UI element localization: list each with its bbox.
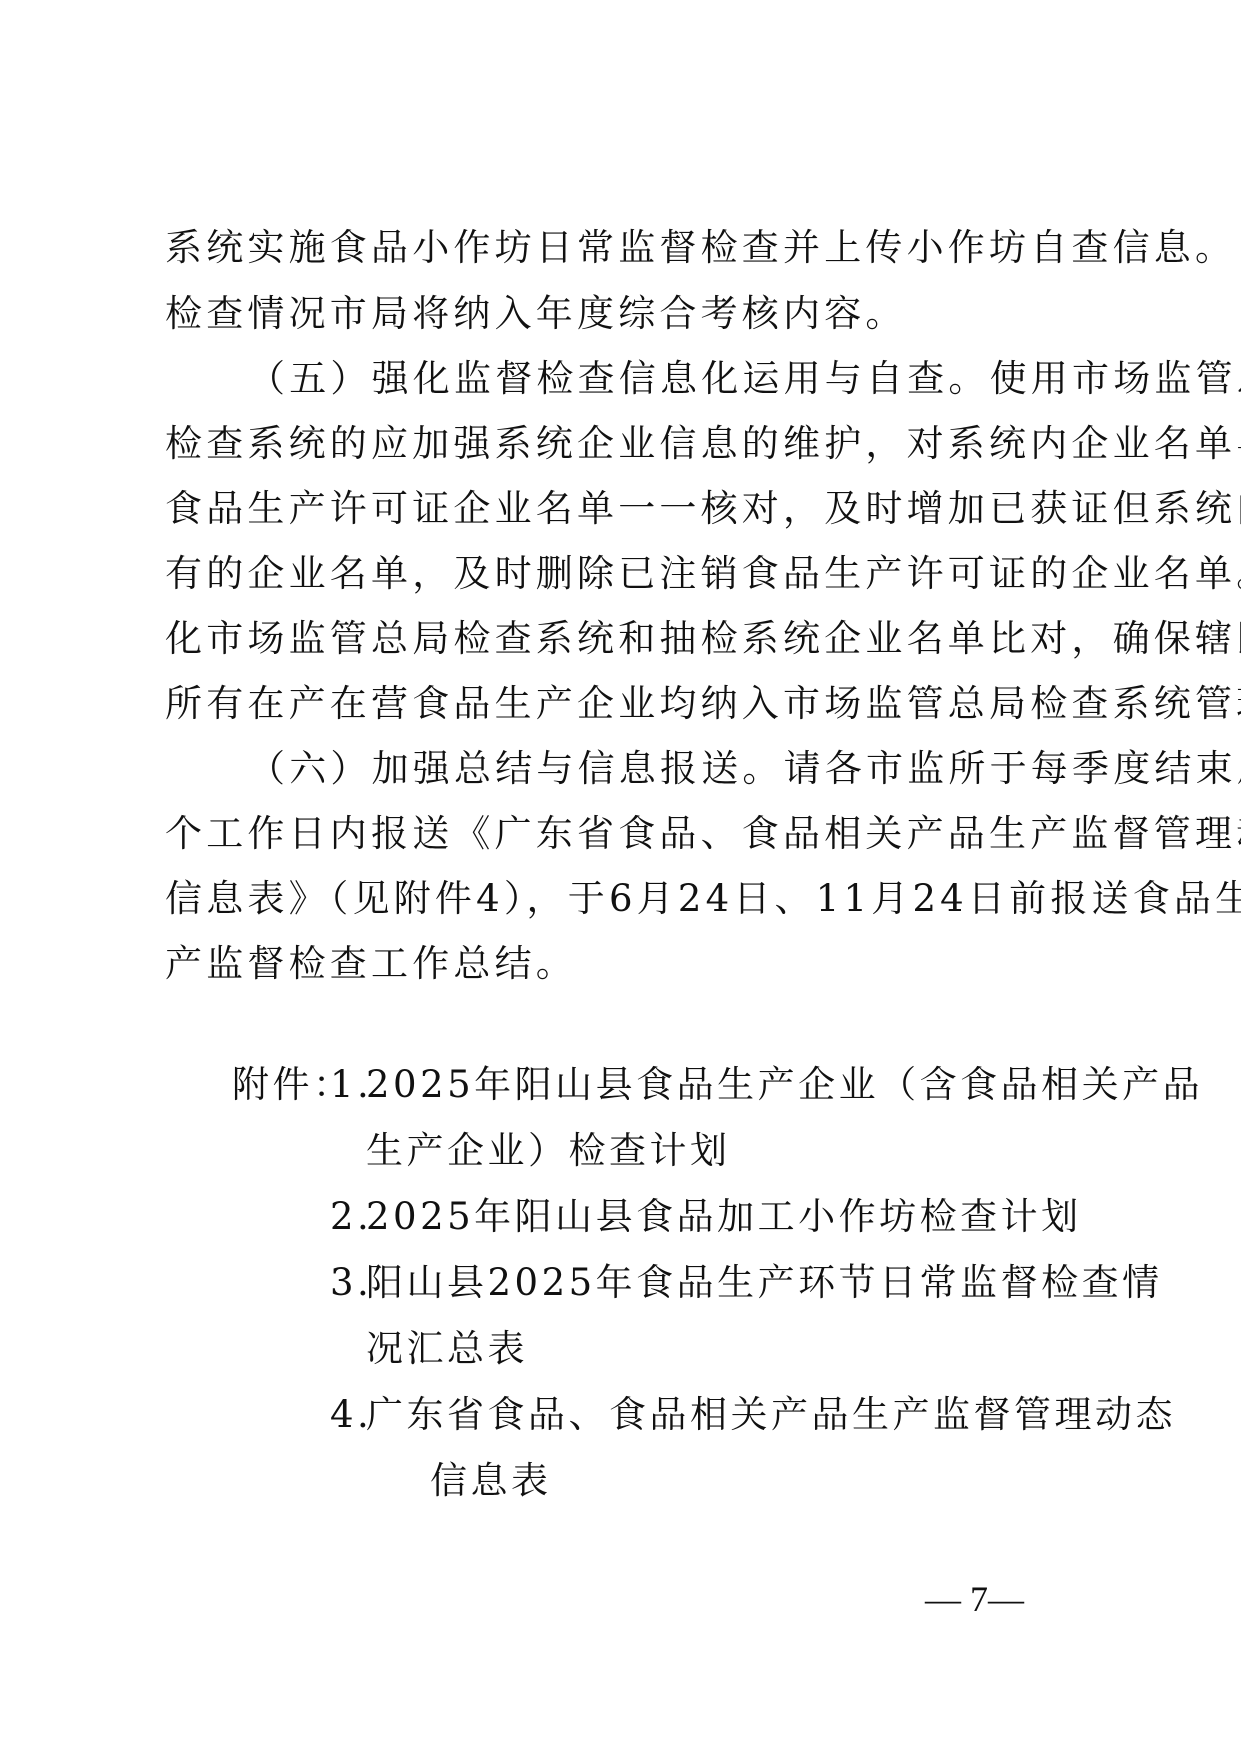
body-line: 信息表》（见附件4），于6月24日、11月24日前报送食品生: [165, 866, 1090, 932]
body-line: 所有在产在营食品生产企业均纳入市场监管总局检查系统管理。: [165, 671, 1090, 737]
attachment-3-title-cont: 况汇总表: [366, 1316, 528, 1382]
attachment-1-title: 2025年阳山县食品生产企业（含食品相关产品: [366, 1052, 1203, 1118]
body-line: 产监督检查工作总结。: [165, 931, 1090, 997]
body-line: 检查系统的应加强系统企业信息的维护，对系统内企业名单与获: [165, 411, 1090, 477]
page-number: — 7—: [925, 1575, 1024, 1623]
body-line: 个工作日内报送《广东省食品、食品相关产品生产监督管理动态: [165, 801, 1090, 867]
paragraph-5-heading-line: （五）强化监督检查信息化运用与自查。使用市场监管总局: [248, 346, 1090, 412]
body-line: 检查情况市局将纳入年度综合考核内容。: [165, 281, 1090, 347]
attachment-4-title: 广东省食品、食品相关产品生产监督管理动态: [366, 1382, 1176, 1448]
attachment-1-title-cont: 生产企业）检查计划: [366, 1118, 731, 1184]
body-line: 系统实施食品小作坊日常监督检查并上传小作坊自查信息。日常: [165, 215, 1090, 281]
body-line: 食品生产许可证企业名单一一核对，及时增加已获证但系统内没: [165, 476, 1090, 542]
attachment-2-title: 2025年阳山县食品加工小作坊检查计划: [366, 1184, 1082, 1250]
attachment-3-title: 阳山县2025年食品生产环节日常监督检查情: [366, 1250, 1163, 1316]
body-line: 化市场监管总局检查系统和抽检系统企业名单比对，确保辖区内: [165, 606, 1090, 672]
paragraph-6-heading-line: （六）加强总结与信息报送。请各市监所于每季度结束后3: [248, 736, 1090, 802]
body-line: 有的企业名单，及时删除已注销食品生产许可证的企业名单。强: [165, 541, 1090, 607]
attachment-4-title-cont: 信息表: [430, 1448, 552, 1514]
